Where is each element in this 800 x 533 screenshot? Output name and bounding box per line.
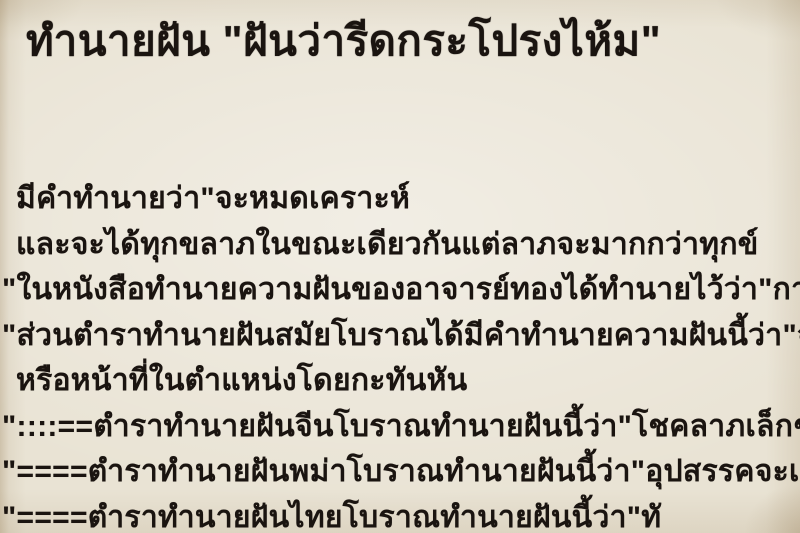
page-title: ทำนายฝัน "ฝันว่ารีดกระโปรงไห้ม" xyxy=(26,8,800,74)
paragraph-line: หรือหน้าที่ในตำแหน่งโดยกะทันหัน xyxy=(0,358,800,404)
paragraph-line: "ส่วนตำราทำนายฝันสมัยโบราณได้มีคำทำนายคว… xyxy=(0,313,800,359)
paragraph-line: "ในหนังสือทำนายความฝันของอาจารย์ทองได้ทำ… xyxy=(0,267,800,313)
article-body: มีคำทำนายว่า"จะหมดเคราะห์ และจะได้ทุกขลา… xyxy=(0,176,800,533)
paragraph-line: "====ตำราทำนายฝันพม่าโบราณทำนายฝันนี้ว่า… xyxy=(0,449,800,495)
paragraph-line: "====ตำราทำนายฝันไทยโบราณทำนายฝันนี้ว่า"… xyxy=(0,495,800,533)
paragraph-line: "::::==ตำราทำนายฝันจีนโบราณทำนายฝันนี้ว่… xyxy=(0,404,800,450)
paragraph-line: และจะได้ทุกขลาภในขณะเดียวกันแต่ลาภจะมากก… xyxy=(0,222,800,268)
document-page: ทำนายฝัน "ฝันว่ารีดกระโปรงไห้ม" มีคำทำนา… xyxy=(0,0,800,533)
paragraph-line: มีคำทำนายว่า"จะหมดเคราะห์ xyxy=(0,176,800,222)
